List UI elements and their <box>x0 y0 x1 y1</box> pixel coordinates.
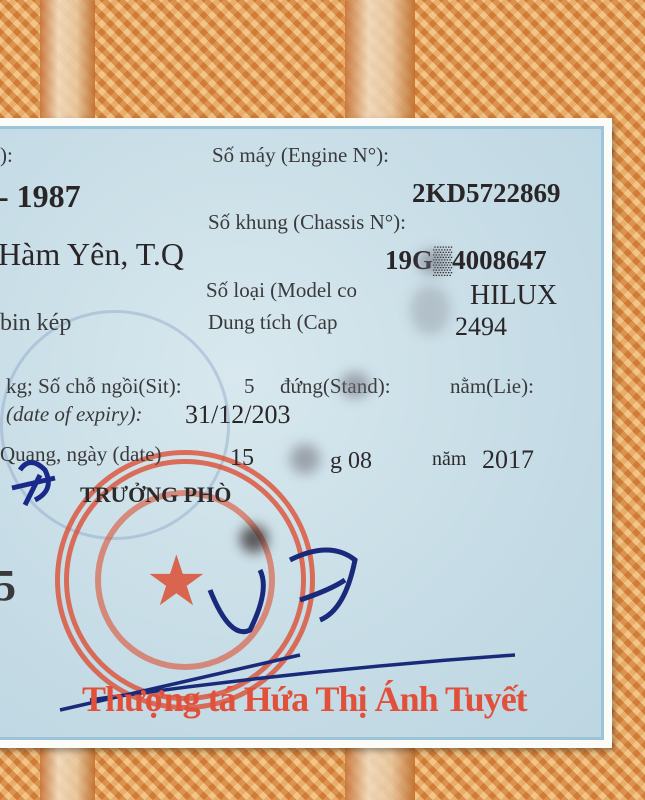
signer-name-stamp: Thượng tá Hứa Thị Ánh Tuyết <box>82 678 527 720</box>
redaction-blur <box>418 250 448 274</box>
redaction-blur <box>240 525 268 553</box>
redaction-blur <box>290 444 320 474</box>
redaction-blur <box>410 285 450 335</box>
redaction-blur <box>340 372 370 398</box>
